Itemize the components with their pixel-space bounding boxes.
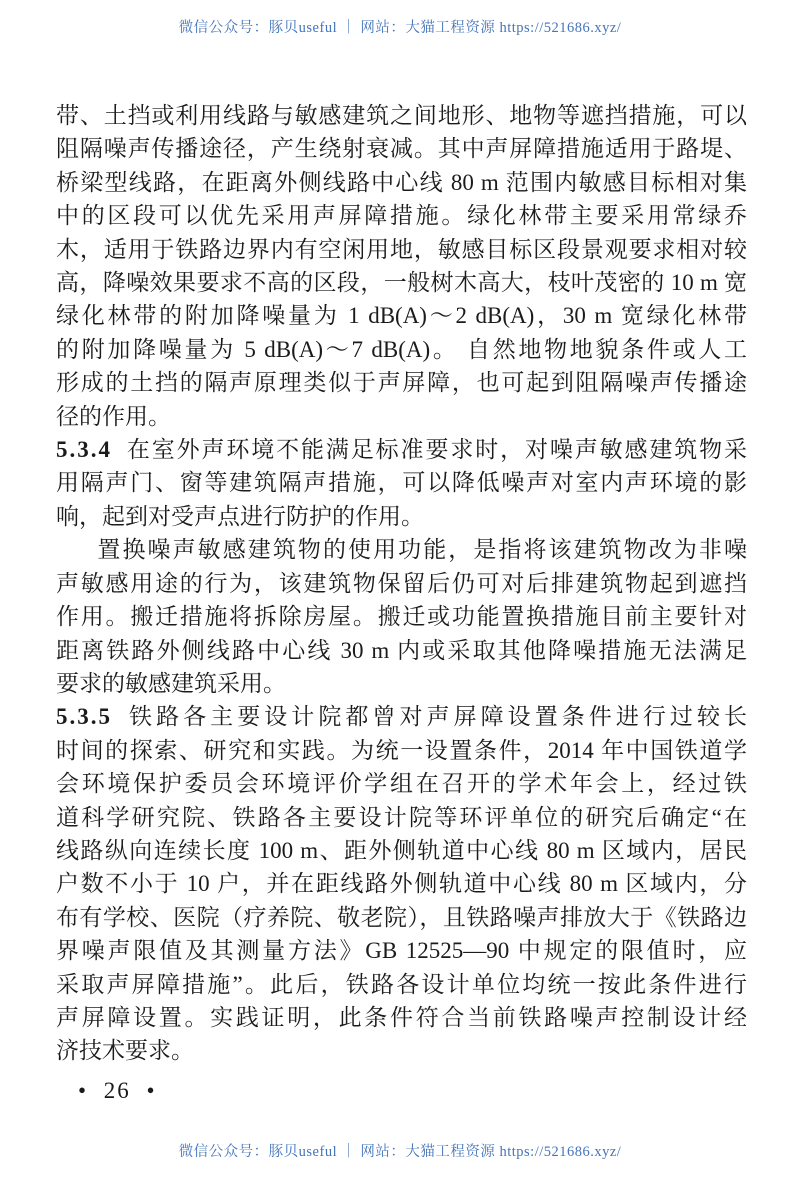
text-line: 桥梁型线路，在距离外侧线路中心线 80 m 范围内敏感目标相对集: [56, 166, 747, 199]
text-line: 济技术要求。: [56, 1034, 747, 1067]
page-number: • 26 •: [78, 1078, 157, 1104]
text-line: 布有学校、医院（疗养院、敬老院），且铁路噪声排放大于《铁路边: [56, 901, 747, 934]
text-line: 高，降噪效果要求不高的区段，一般树木高大，枝叶茂密的 10 m 宽: [56, 266, 747, 299]
text-line: 声屏障设置。实践证明，此条件符合当前铁路噪声控制设计经: [56, 1001, 747, 1034]
text-line: 道科学研究院、铁路各主要设计院等环评单位的研究后确定“在: [56, 801, 747, 834]
text-line: 距离铁路外侧线路中心线 30 m 内或采取其他降噪措施无法满足: [56, 634, 747, 667]
text-line: 绿化林带的附加降噪量为 1 dB(A)～2 dB(A)，30 m 宽绿化林带: [56, 299, 747, 332]
text-line: 线路纵向连续长度 100 m、距外侧轨道中心线 80 m 区域内，居民: [56, 834, 747, 867]
text-line: 中的区段可以优先采用声屏障措施。绿化林带主要采用常绿乔: [56, 199, 747, 232]
text-line: 响，起到对受声点进行防护的作用。: [56, 500, 747, 533]
section-number: 5.3.4: [56, 437, 112, 462]
text-line: 阻隔噪声传播途径，产生绕射衰减。其中声屏障措施适用于路堤、: [56, 132, 747, 165]
text-line: 用隔声门、窗等建筑隔声措施，可以降低噪声对室内声环境的影: [56, 466, 747, 499]
watermark-bottom: 微信公众号：豚贝useful ｜ 网站：大猫工程资源 https://52168…: [0, 1140, 800, 1161]
document-page: 微信公众号：豚贝useful ｜ 网站：大猫工程资源 https://52168…: [0, 0, 800, 1181]
text-line: 5.3.5铁路各主要设计院都曾对声屏障设置条件进行过较长: [56, 700, 747, 733]
section-number: 5.3.5: [56, 704, 112, 729]
text-line: 声敏感用途的行为，该建筑物保留后仍可对后排建筑物起到遮挡: [56, 567, 747, 600]
text-line: 带、土挡或利用线路与敏感建筑之间地形、地物等遮挡措施，可以: [56, 99, 747, 132]
document-body: 带、土挡或利用线路与敏感建筑之间地形、地物等遮挡措施，可以阻隔噪声传播途径，产生…: [56, 99, 747, 1068]
text-line: 要求的敏感建筑采用。: [56, 667, 747, 700]
text-line: 径的作用。: [56, 400, 747, 433]
text-line: 时间的探索、研究和实践。为统一设置条件，2014 年中国铁道学: [56, 734, 747, 767]
text-line: 木，适用于铁路边界内有空闲用地，敏感目标区段景观要求相对较: [56, 233, 747, 266]
watermark-top: 微信公众号：豚贝useful ｜ 网站：大猫工程资源 https://52168…: [0, 16, 800, 37]
text-line: 作用。搬迁措施将拆除房屋。搬迁或功能置换措施目前主要针对: [56, 600, 747, 633]
text-line: 形成的土挡的隔声原理类似于声屏障，也可起到阻隔噪声传播途: [56, 366, 747, 399]
text-line: 户数不小于 10 户，并在距线路外侧轨道中心线 80 m 区域内，分: [56, 867, 747, 900]
text-line: 置换噪声敏感建筑物的使用功能，是指将该建筑物改为非噪: [56, 533, 747, 566]
text-line: 会环境保护委员会环境评价学组在召开的学术年会上，经过铁: [56, 767, 747, 800]
text-line: 5.3.4在室外声环境不能满足标准要求时，对噪声敏感建筑物采: [56, 433, 747, 466]
text-line: 界噪声限值及其测量方法》GB 12525—90 中规定的限值时，应: [56, 934, 747, 967]
text-line: 采取声屏障措施”。此后，铁路各设计单位均统一按此条件进行: [56, 968, 747, 1001]
text-line: 的附加降噪量为 5 dB(A)～7 dB(A)。 自然地物地貌条件或人工: [56, 333, 747, 366]
